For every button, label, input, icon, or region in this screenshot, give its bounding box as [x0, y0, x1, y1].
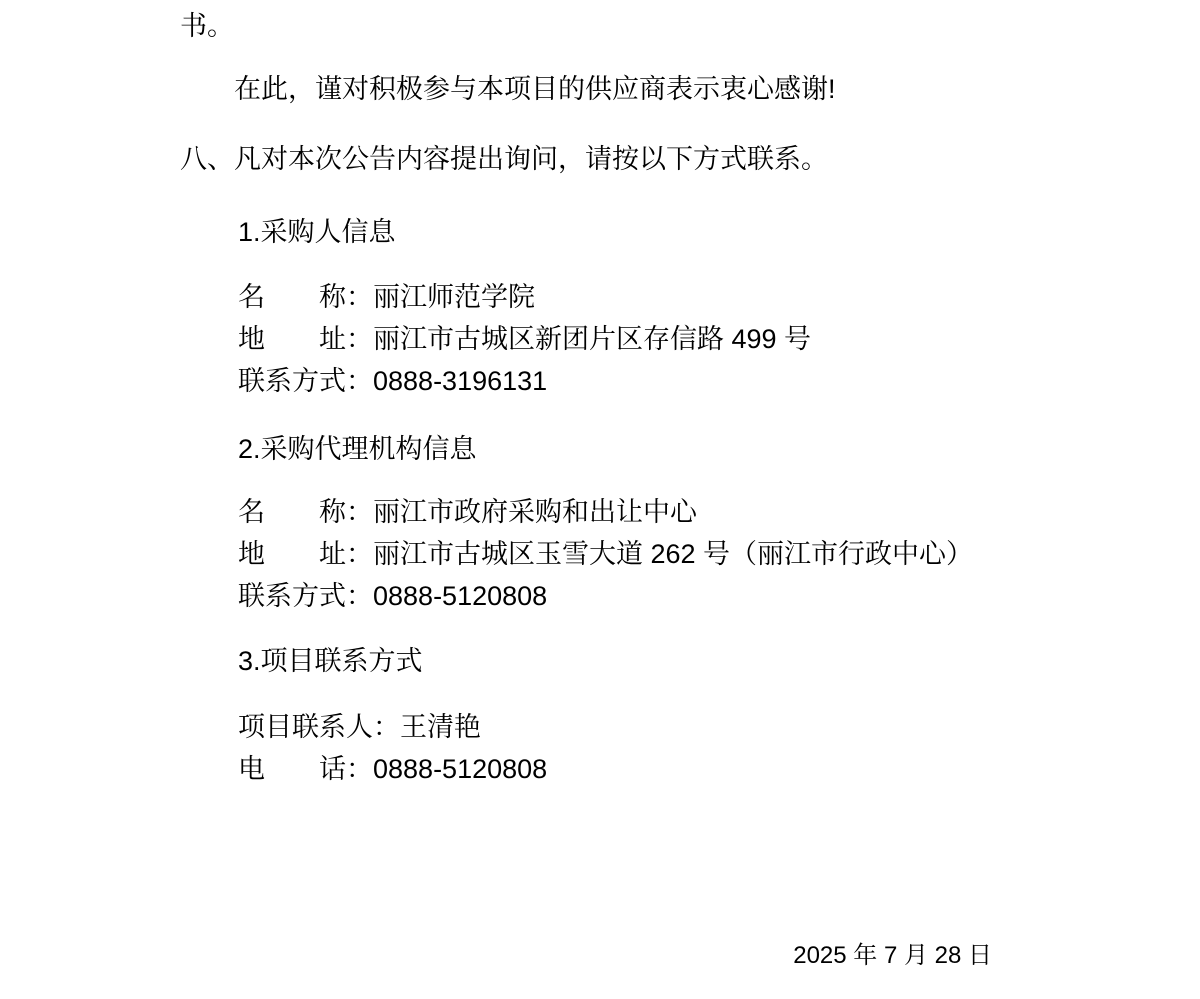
purchaser-address-line: 地 址：丽江市古城区新团片区存信路 499 号 — [238, 318, 1200, 360]
agency-info-block: 名 称：丽江市政府采购和出让中心 地 址：丽江市古城区玉雪大道 262 号（丽江… — [238, 491, 1200, 617]
purchaser-contact-line: 联系方式：0888-3196131 — [238, 360, 1200, 402]
agency-contact-line: 联系方式：0888-5120808 — [238, 575, 1200, 617]
subsection-title-project-contact: 3.项目联系方式 — [238, 640, 1200, 682]
agency-name-line: 名 称：丽江市政府采购和出让中心 — [238, 491, 1200, 533]
project-contact-block: 项目联系人：王清艳 电 话：0888-5120808 — [238, 706, 1200, 790]
subsection-title-agency-info: 2.采购代理机构信息 — [238, 428, 1200, 470]
paragraph-thanks: 在此，谨对积极参与本项目的供应商表示衷心感谢! — [180, 68, 1200, 110]
agency-address-line: 地 址：丽江市古城区玉雪大道 262 号（丽江市行政中心） — [238, 533, 1200, 575]
document-page: 书。 在此，谨对积极参与本项目的供应商表示衷心感谢! 八、凡对本次公告内容提出询… — [0, 0, 1200, 999]
section-heading-inquiry: 八、凡对本次公告内容提出询问，请按以下方式联系。 — [180, 138, 1200, 180]
paragraph-continuation: 书。 — [180, 5, 1200, 47]
project-contact-person-line: 项目联系人：王清艳 — [238, 706, 1200, 748]
purchaser-info-block: 名 称：丽江师范学院 地 址：丽江市古城区新团片区存信路 499 号 联系方式：… — [238, 276, 1200, 402]
project-phone-line: 电 话：0888-5120808 — [238, 748, 1200, 790]
document-date: 2025 年 7 月 28 日 — [180, 938, 1200, 974]
subsection-title-purchaser-info: 1.采购人信息 — [238, 211, 1200, 253]
purchaser-name-line: 名 称：丽江师范学院 — [238, 276, 1200, 318]
